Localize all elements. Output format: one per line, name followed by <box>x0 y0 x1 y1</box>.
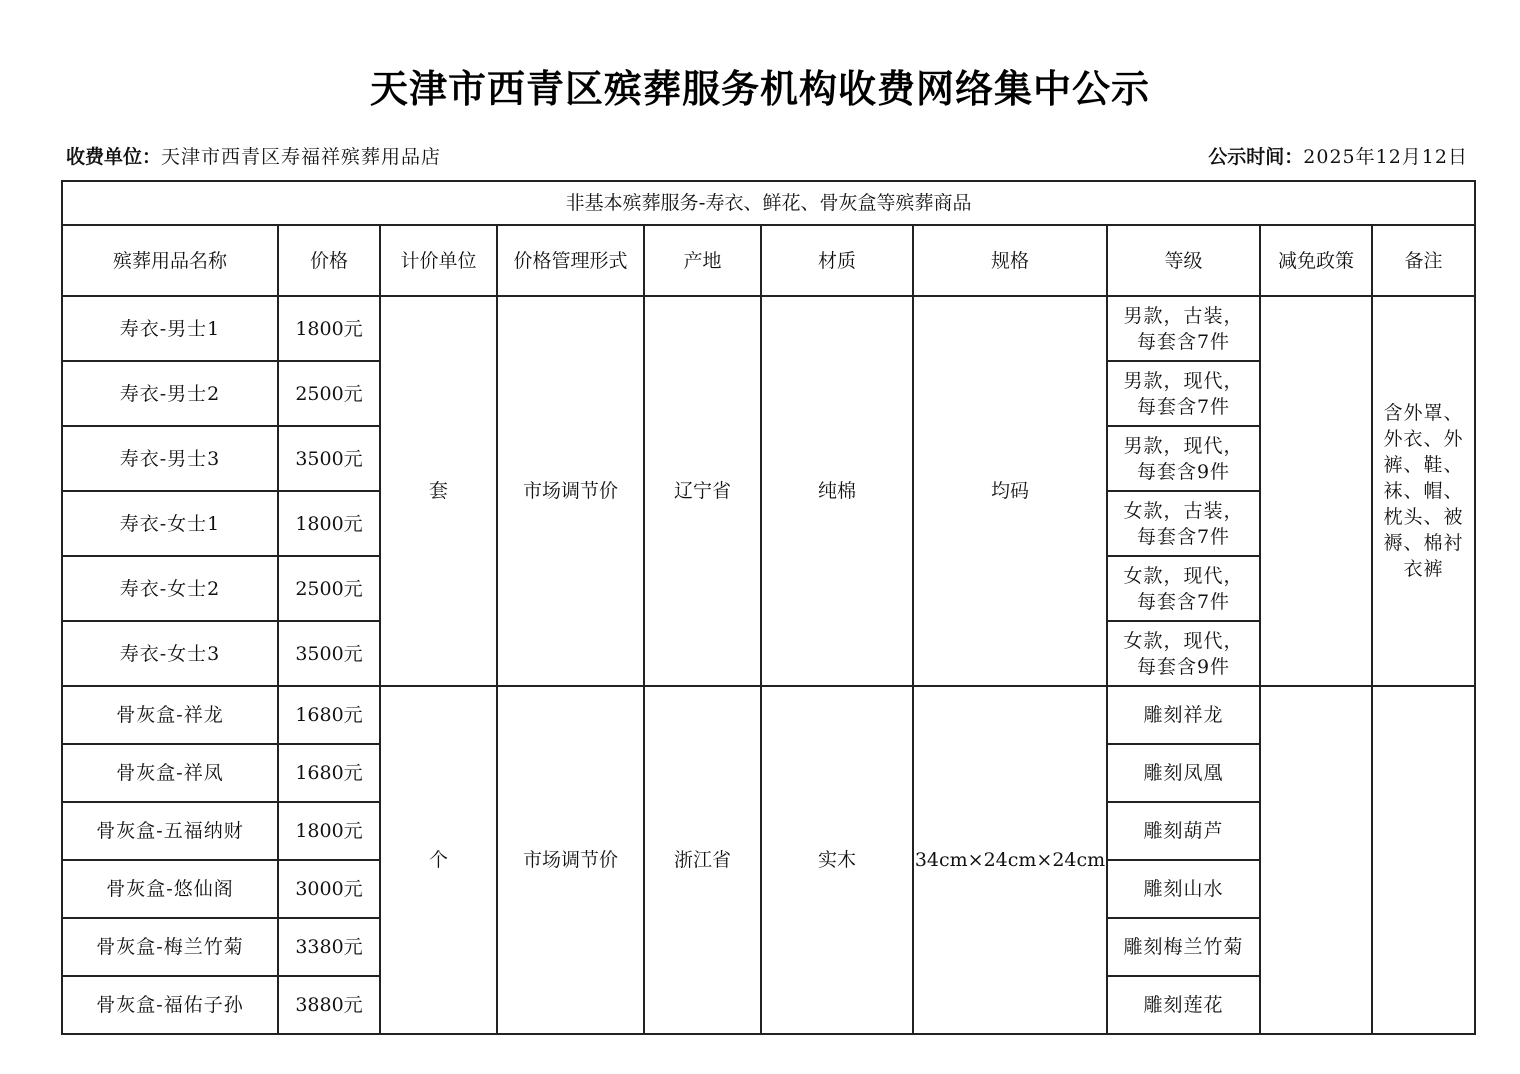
item-unit: 个 <box>380 686 497 1034</box>
publish-date-info: 公示时间：2025年12月12日 <box>1208 142 1468 169</box>
table-row: 寿衣-男士1 1800元 套 市场调节价 辽宁省 纯棉 均码 男款，古装，每套含… <box>62 296 1475 361</box>
item-price: 3880元 <box>278 976 380 1034</box>
item-name: 骨灰盒-梅兰竹菊 <box>62 918 278 976</box>
column-header-unit: 计价单位 <box>380 225 497 296</box>
payee-label: 收费单位： <box>66 146 161 168</box>
note-line: 枕头、被 <box>1373 504 1474 530</box>
item-price: 2500元 <box>278 556 380 621</box>
column-header-relief: 减免政策 <box>1260 225 1372 296</box>
item-price: 1800元 <box>278 296 380 361</box>
item-price: 3380元 <box>278 918 380 976</box>
item-grade: 雕刻莲花 <box>1107 976 1260 1034</box>
date-value: 2025年12月12日 <box>1303 146 1468 168</box>
column-header-origin: 产地 <box>644 225 761 296</box>
item-price: 2500元 <box>278 361 380 426</box>
column-header-price-form: 价格管理形式 <box>497 225 644 296</box>
grade-line: 每套含7件 <box>1108 329 1259 355</box>
item-name: 寿衣-女士3 <box>62 621 278 686</box>
grade-line: 每套含7件 <box>1108 589 1259 615</box>
item-price: 3000元 <box>278 860 380 918</box>
item-grade: 雕刻祥龙 <box>1107 686 1260 744</box>
column-header-price: 价格 <box>278 225 380 296</box>
item-name: 骨灰盒-悠仙阁 <box>62 860 278 918</box>
section-title: 非基本殡葬服务-寿衣、鲜花、骨灰盒等殡葬商品 <box>62 181 1475 225</box>
item-price: 1800元 <box>278 802 380 860</box>
page-title: 天津市西青区殡葬服务机构收费网络集中公示 <box>0 58 1520 113</box>
item-note: 含外罩、 外衣、外 裤、鞋、 袜、帽、 枕头、被 褥、棉衬 衣裤 <box>1372 296 1475 686</box>
item-relief <box>1260 686 1372 1034</box>
note-line: 含外罩、 <box>1373 400 1474 426</box>
table-row: 骨灰盒-祥龙 1680元 个 市场调节价 浙江省 实木 34cm×24cm×24… <box>62 686 1475 744</box>
column-header-note: 备注 <box>1372 225 1475 296</box>
date-label: 公示时间： <box>1208 146 1303 168</box>
item-grade: 男款，现代，每套含7件 <box>1107 361 1260 426</box>
item-spec: 均码 <box>913 296 1107 686</box>
item-name: 寿衣-男士2 <box>62 361 278 426</box>
item-grade: 男款，现代，每套含9件 <box>1107 426 1260 491</box>
item-price: 1680元 <box>278 686 380 744</box>
note-line: 衣裤 <box>1373 556 1474 582</box>
column-header-spec: 规格 <box>913 225 1107 296</box>
payee-value: 天津市西青区寿福祥殡葬用品店 <box>161 146 441 168</box>
item-relief <box>1260 296 1372 686</box>
item-name: 骨灰盒-五福纳财 <box>62 802 278 860</box>
item-name: 寿衣-男士1 <box>62 296 278 361</box>
item-price: 1680元 <box>278 744 380 802</box>
column-header-grade: 等级 <box>1107 225 1260 296</box>
item-price: 3500元 <box>278 426 380 491</box>
grade-line: 男款，现代， <box>1108 433 1259 459</box>
note-line: 褥、棉衬 <box>1373 530 1474 556</box>
grade-line: 女款，古装， <box>1108 498 1259 524</box>
note-line: 裤、鞋、 <box>1373 452 1474 478</box>
item-origin: 浙江省 <box>644 686 761 1034</box>
item-price-form: 市场调节价 <box>497 686 644 1034</box>
column-header-name: 殡葬用品名称 <box>62 225 278 296</box>
item-name: 寿衣-女士2 <box>62 556 278 621</box>
item-price: 3500元 <box>278 621 380 686</box>
item-name: 骨灰盒-福佑子孙 <box>62 976 278 1034</box>
item-price-form: 市场调节价 <box>497 296 644 686</box>
item-price: 1800元 <box>278 491 380 556</box>
note-line: 袜、帽、 <box>1373 478 1474 504</box>
item-origin: 辽宁省 <box>644 296 761 686</box>
grade-line: 女款，现代， <box>1108 563 1259 589</box>
item-grade: 女款，现代，每套含7件 <box>1107 556 1260 621</box>
grade-line: 每套含7件 <box>1108 524 1259 550</box>
item-name: 骨灰盒-祥龙 <box>62 686 278 744</box>
item-note <box>1372 686 1475 1034</box>
item-unit: 套 <box>380 296 497 686</box>
column-header-material: 材质 <box>761 225 913 296</box>
fee-table: 非基本殡葬服务-寿衣、鲜花、骨灰盒等殡葬商品 殡葬用品名称 价格 计价单位 价格… <box>61 180 1476 1035</box>
item-grade: 雕刻凤凰 <box>1107 744 1260 802</box>
item-grade: 女款，古装，每套含7件 <box>1107 491 1260 556</box>
item-grade: 男款，古装，每套含7件 <box>1107 296 1260 361</box>
grade-line: 女款，现代， <box>1108 628 1259 654</box>
item-spec: 34cm×24cm×24cm <box>913 686 1107 1034</box>
item-name: 骨灰盒-祥凤 <box>62 744 278 802</box>
item-grade: 雕刻葫芦 <box>1107 802 1260 860</box>
item-grade: 雕刻梅兰竹菊 <box>1107 918 1260 976</box>
item-material: 实木 <box>761 686 913 1034</box>
item-name: 寿衣-女士1 <box>62 491 278 556</box>
item-name: 寿衣-男士3 <box>62 426 278 491</box>
grade-line: 男款，现代， <box>1108 368 1259 394</box>
item-grade: 女款，现代，每套含9件 <box>1107 621 1260 686</box>
note-line: 外衣、外 <box>1373 426 1474 452</box>
grade-line: 每套含9件 <box>1108 654 1259 680</box>
grade-line: 每套含9件 <box>1108 459 1259 485</box>
item-material: 纯棉 <box>761 296 913 686</box>
item-grade: 雕刻山水 <box>1107 860 1260 918</box>
payee-info: 收费单位：天津市西青区寿福祥殡葬用品店 <box>66 142 441 169</box>
grade-line: 男款，古装， <box>1108 303 1259 329</box>
grade-line: 每套含7件 <box>1108 394 1259 420</box>
